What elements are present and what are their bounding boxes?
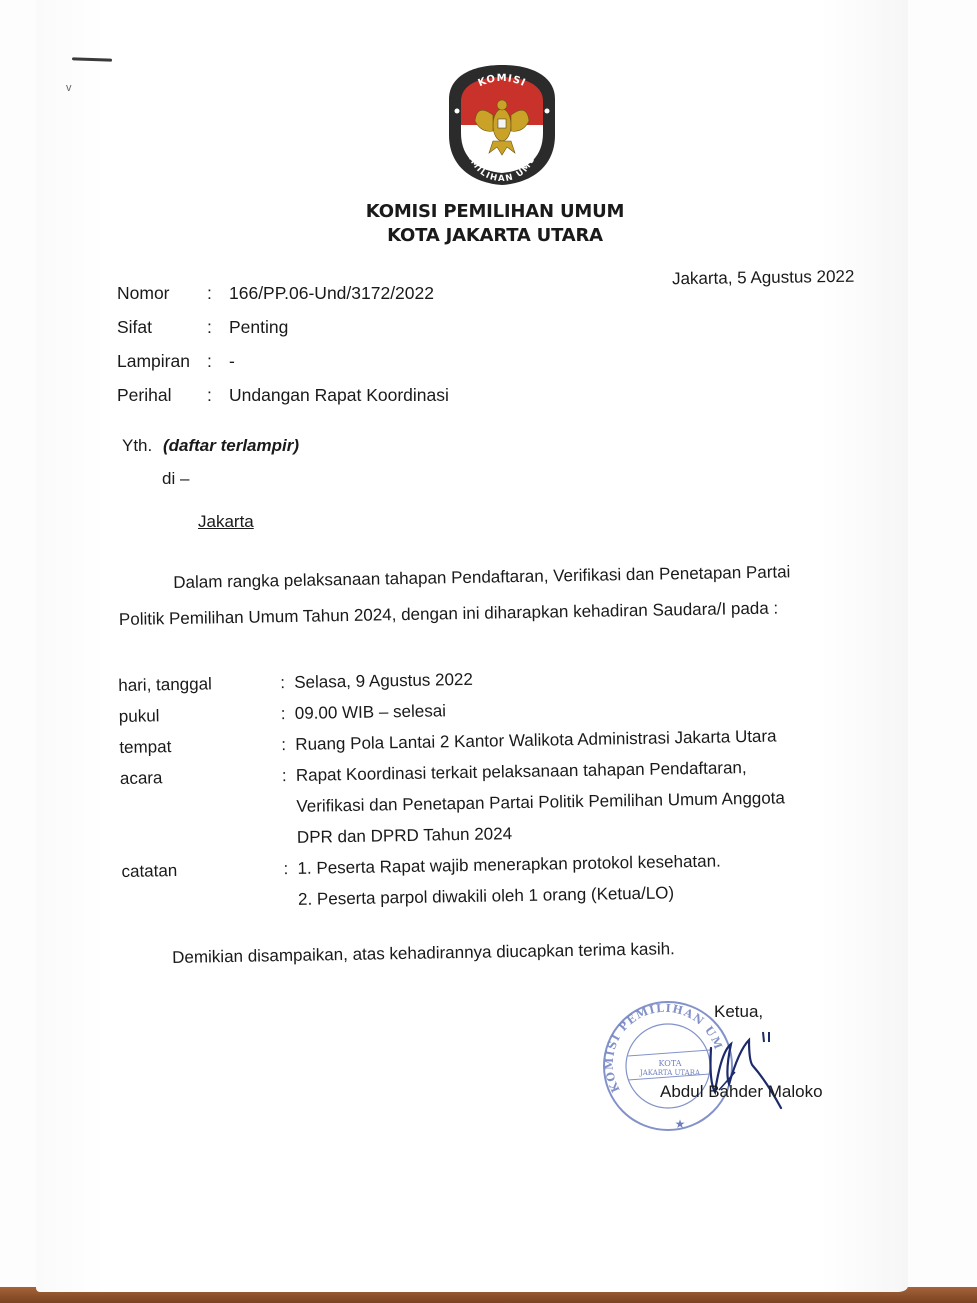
letterhead-line1: KOMISI PEMILIHAN UMUM bbox=[300, 200, 690, 224]
meta-label: Nomor bbox=[117, 283, 207, 304]
stamp-center-line2: JAKARTA UTARA bbox=[639, 1069, 701, 1077]
meta-row-sifat: Sifat : Penting bbox=[117, 310, 449, 344]
letter-meta: Nomor : 166/PP.06-Und/3172/2022 Sifat : … bbox=[117, 276, 449, 412]
meta-value: - bbox=[229, 351, 235, 372]
signatory-title: Ketua, bbox=[714, 1002, 763, 1022]
letterhead-line2: KOTA JAKARTA UTARA bbox=[300, 224, 690, 248]
signatory-name: Abdul Bahder Maloko bbox=[660, 1082, 823, 1102]
stamp-star-icon: ★ bbox=[675, 1117, 686, 1131]
meta-label: Perihal bbox=[117, 385, 207, 406]
event-details: hari, tanggal : Selasa, 9 Agustus 2022 p… bbox=[118, 658, 787, 918]
detail-label: hari, tanggal bbox=[118, 667, 281, 701]
recipient-prefix: Yth. bbox=[122, 436, 152, 455]
meta-separator: : bbox=[207, 351, 229, 372]
body-paragraph: Dalam rangka pelaksanaan tahapan Pendaft… bbox=[118, 553, 859, 638]
detail-value: Selasa, 9 Agustus 2022 bbox=[294, 664, 473, 698]
meta-value: 166/PP.06-Und/3172/2022 bbox=[229, 283, 434, 304]
meta-row-perihal: Perihal : Undangan Rapat Koordinasi bbox=[117, 378, 449, 412]
detail-separator: : bbox=[281, 729, 296, 760]
detail-label: tempat bbox=[119, 729, 282, 763]
recipient-city: Jakarta bbox=[198, 512, 254, 532]
meta-separator: : bbox=[207, 317, 229, 338]
meta-separator: : bbox=[207, 283, 229, 304]
check-mark: v bbox=[66, 82, 72, 94]
kpu-logo-icon: KOMISI PEMILIHAN UMUM bbox=[447, 63, 557, 186]
recipient-name: (daftar terlampir) bbox=[163, 436, 299, 455]
detail-row-notes: catatan : 1. Peserta Rapat wajib menerap… bbox=[121, 844, 787, 918]
meta-label: Lampiran bbox=[117, 351, 207, 372]
detail-label: catatan bbox=[121, 853, 284, 918]
detail-label: pukul bbox=[119, 698, 282, 732]
detail-row-agenda: acara : Rapat Koordinasi terkait pelaksa… bbox=[120, 751, 786, 856]
stamp-center-line1: KOTA bbox=[659, 1059, 682, 1068]
meta-row-lampiran: Lampiran : - bbox=[117, 344, 449, 378]
recipient: Yth. (daftar terlampir) bbox=[122, 436, 299, 456]
detail-label: acara bbox=[120, 760, 284, 856]
meta-row-nomor: Nomor : 166/PP.06-Und/3172/2022 bbox=[117, 276, 449, 310]
letter-date: Jakarta, 5 Agustus 2022 bbox=[672, 267, 855, 290]
detail-separator: : bbox=[283, 853, 298, 915]
meta-label: Sifat bbox=[117, 317, 207, 338]
meta-value: Penting bbox=[229, 317, 288, 338]
detail-separator: : bbox=[281, 698, 296, 729]
detail-value: 09.00 WIB – selesai bbox=[295, 695, 447, 729]
meta-value: Undangan Rapat Koordinasi bbox=[229, 385, 449, 406]
detail-separator: : bbox=[280, 667, 295, 698]
recipient-di: di – bbox=[162, 469, 189, 489]
letterhead: KOMISI PEMILIHAN UMUM KOTA JAKARTA UTARA bbox=[300, 200, 690, 248]
meta-separator: : bbox=[207, 385, 229, 406]
